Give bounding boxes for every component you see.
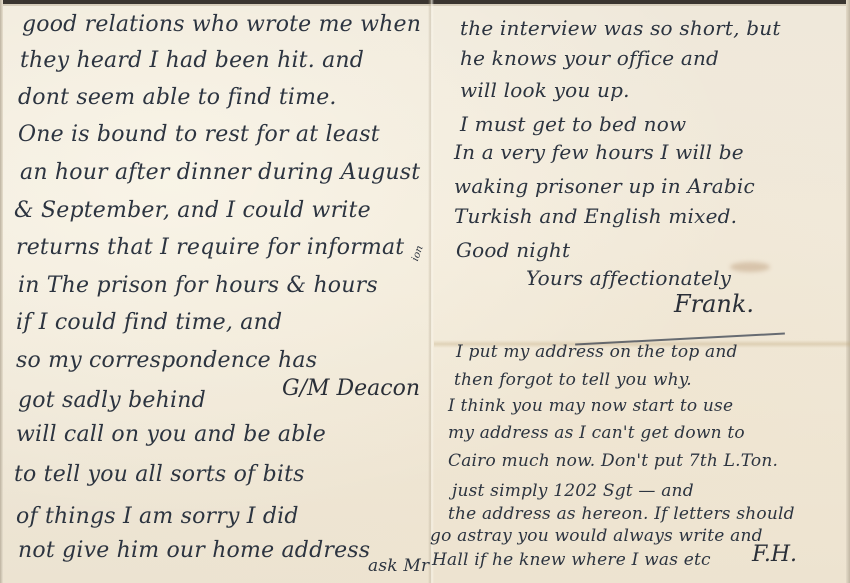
postscript-line: my address as I can't get down to (448, 425, 745, 442)
postscript-line: I put my address on the top and (456, 344, 738, 361)
postscript-line: Cairo much now. Don't put 7th L.Ton. (448, 453, 778, 470)
text-line: returns that I require for informat (16, 237, 404, 259)
text-line: good relations who wrote me when (22, 14, 421, 36)
text-line: an hour after dinner during August (20, 162, 420, 184)
text-line: they heard I had been hit. and (20, 50, 364, 72)
postscript-line: Hall if he knew where I was etc (432, 552, 711, 569)
text-line: & September, and I could write (14, 200, 371, 222)
text-line: of things I am sorry I did (16, 506, 299, 528)
text-line: so my correspondence has (16, 350, 317, 372)
text-line: dont seem able to find time. (18, 87, 337, 109)
deacon-signature: G/M Deacon (282, 376, 420, 401)
text-line: One is bound to rest for at least (18, 124, 380, 146)
margin-note: ion (410, 244, 426, 262)
text-line: will call on you and be able (16, 424, 326, 446)
postscript-line: just simply 1202 Sgt — and (452, 483, 694, 500)
initials-signature: F.H. (752, 542, 797, 567)
postscript-line: go astray you would always write and (430, 528, 763, 545)
text-line: to tell you all sorts of bits (14, 464, 305, 486)
postscript-line: I think you may now start to use (448, 398, 733, 415)
postscript-line: the address as hereon. If letters should (448, 506, 795, 523)
text-line: not give him our home address (18, 540, 370, 562)
right-page-postscript: I put my address on the top and then for… (434, 0, 850, 583)
text-line: got sadly behind (18, 390, 206, 412)
postscript-line: then forgot to tell you why. (454, 372, 692, 389)
left-page: good relations who wrote me when they he… (0, 0, 428, 583)
text-line-continued: ask Mr (368, 558, 429, 575)
text-line: if I could find time, and (16, 312, 282, 334)
text-line: in The prison for hours & hours (18, 275, 378, 297)
letter-scan: good relations who wrote me when they he… (0, 0, 850, 583)
